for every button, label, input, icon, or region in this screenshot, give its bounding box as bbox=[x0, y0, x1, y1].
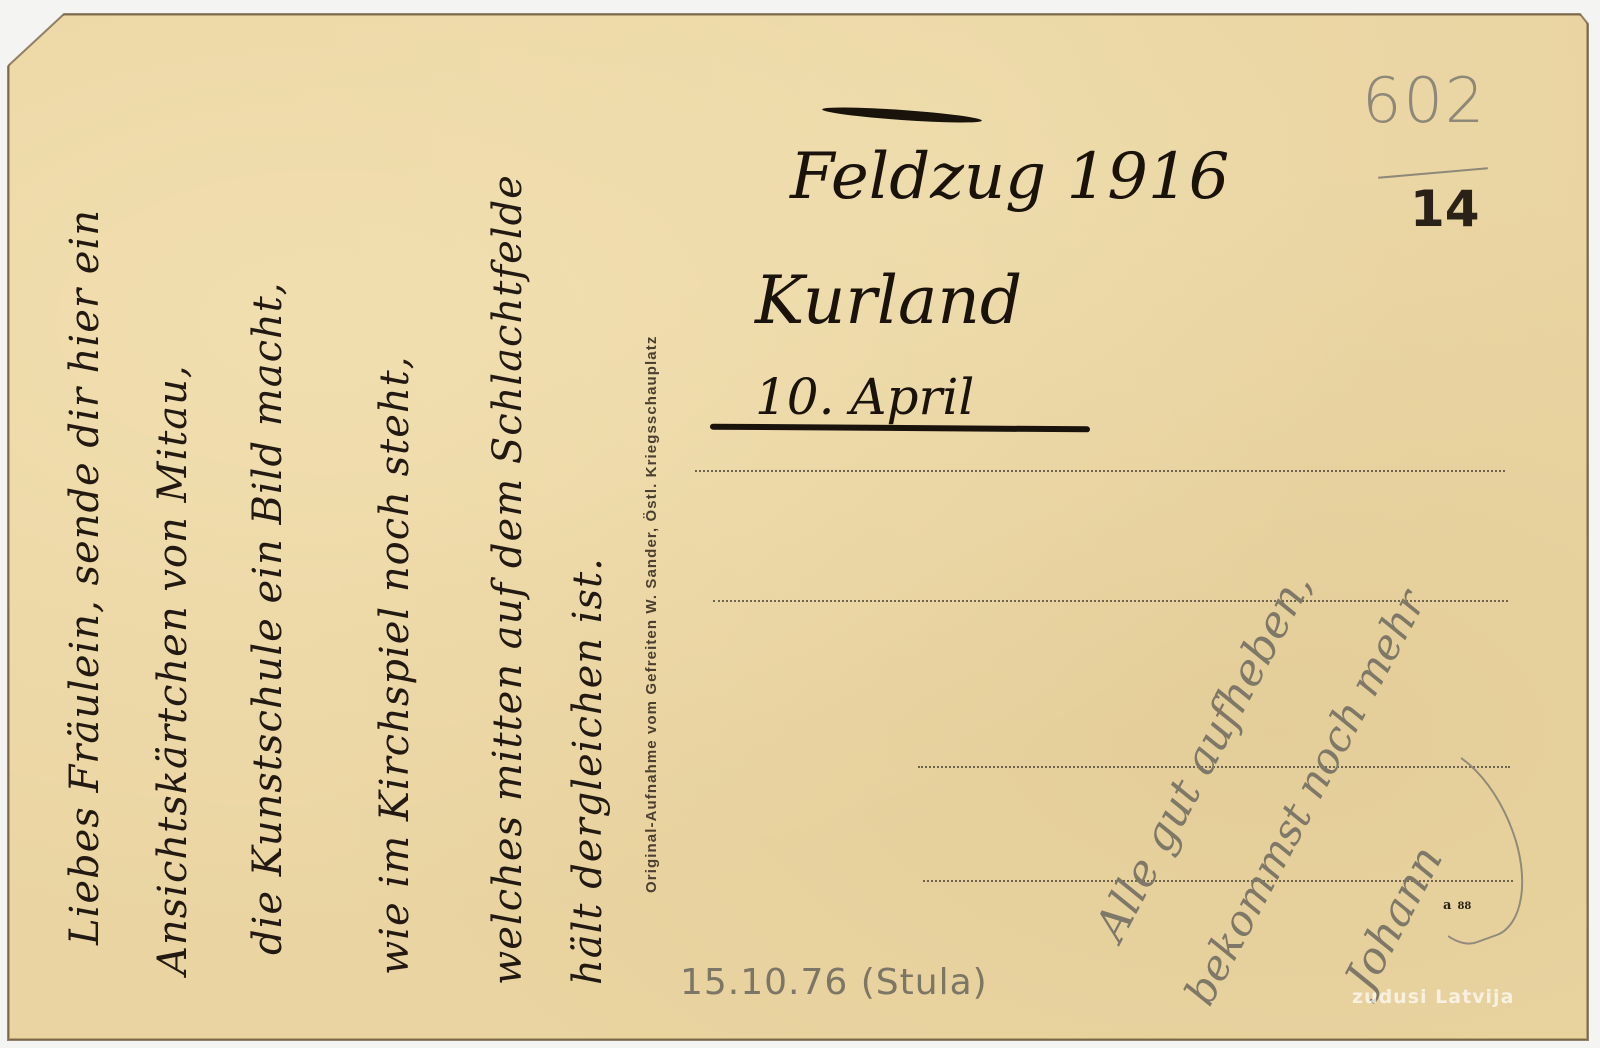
photographer-caption: Original-Aufnahme vom Gefreiten W. Sande… bbox=[643, 336, 660, 893]
message-line-1: Liebes Fräulein, sende dir hier ein bbox=[62, 209, 108, 945]
heading-campaign: Feldzug 1916 bbox=[790, 140, 1229, 214]
message-line-5: welches mitten auf dem Schlachtfelde bbox=[485, 174, 531, 985]
message-line-3: die Kunstschule ein Bild macht, bbox=[245, 281, 291, 955]
address-line-1 bbox=[695, 470, 1505, 472]
catalog-mark-number: 88 bbox=[1457, 901, 1471, 912]
message-line-2: Ansichtskärtchen von Mitau, bbox=[150, 364, 196, 975]
heading-location: Kurland bbox=[755, 262, 1022, 339]
catalog-mark: a88 bbox=[1443, 898, 1471, 913]
archive-date-stamp: 15.10.76 (Stula) bbox=[680, 962, 988, 1003]
message-line-6: hält dergleichen ist. bbox=[565, 557, 611, 985]
archive-number: 602 bbox=[1362, 64, 1486, 137]
catalog-mark-letter: a bbox=[1443, 898, 1451, 913]
message-line-4: wie im Kirchspiel noch steht, bbox=[372, 356, 418, 975]
watermark: zudusi Latvija bbox=[1352, 986, 1514, 1008]
heading-date: 10. April bbox=[755, 368, 974, 426]
archive-sub-number: 14 bbox=[1410, 180, 1480, 238]
